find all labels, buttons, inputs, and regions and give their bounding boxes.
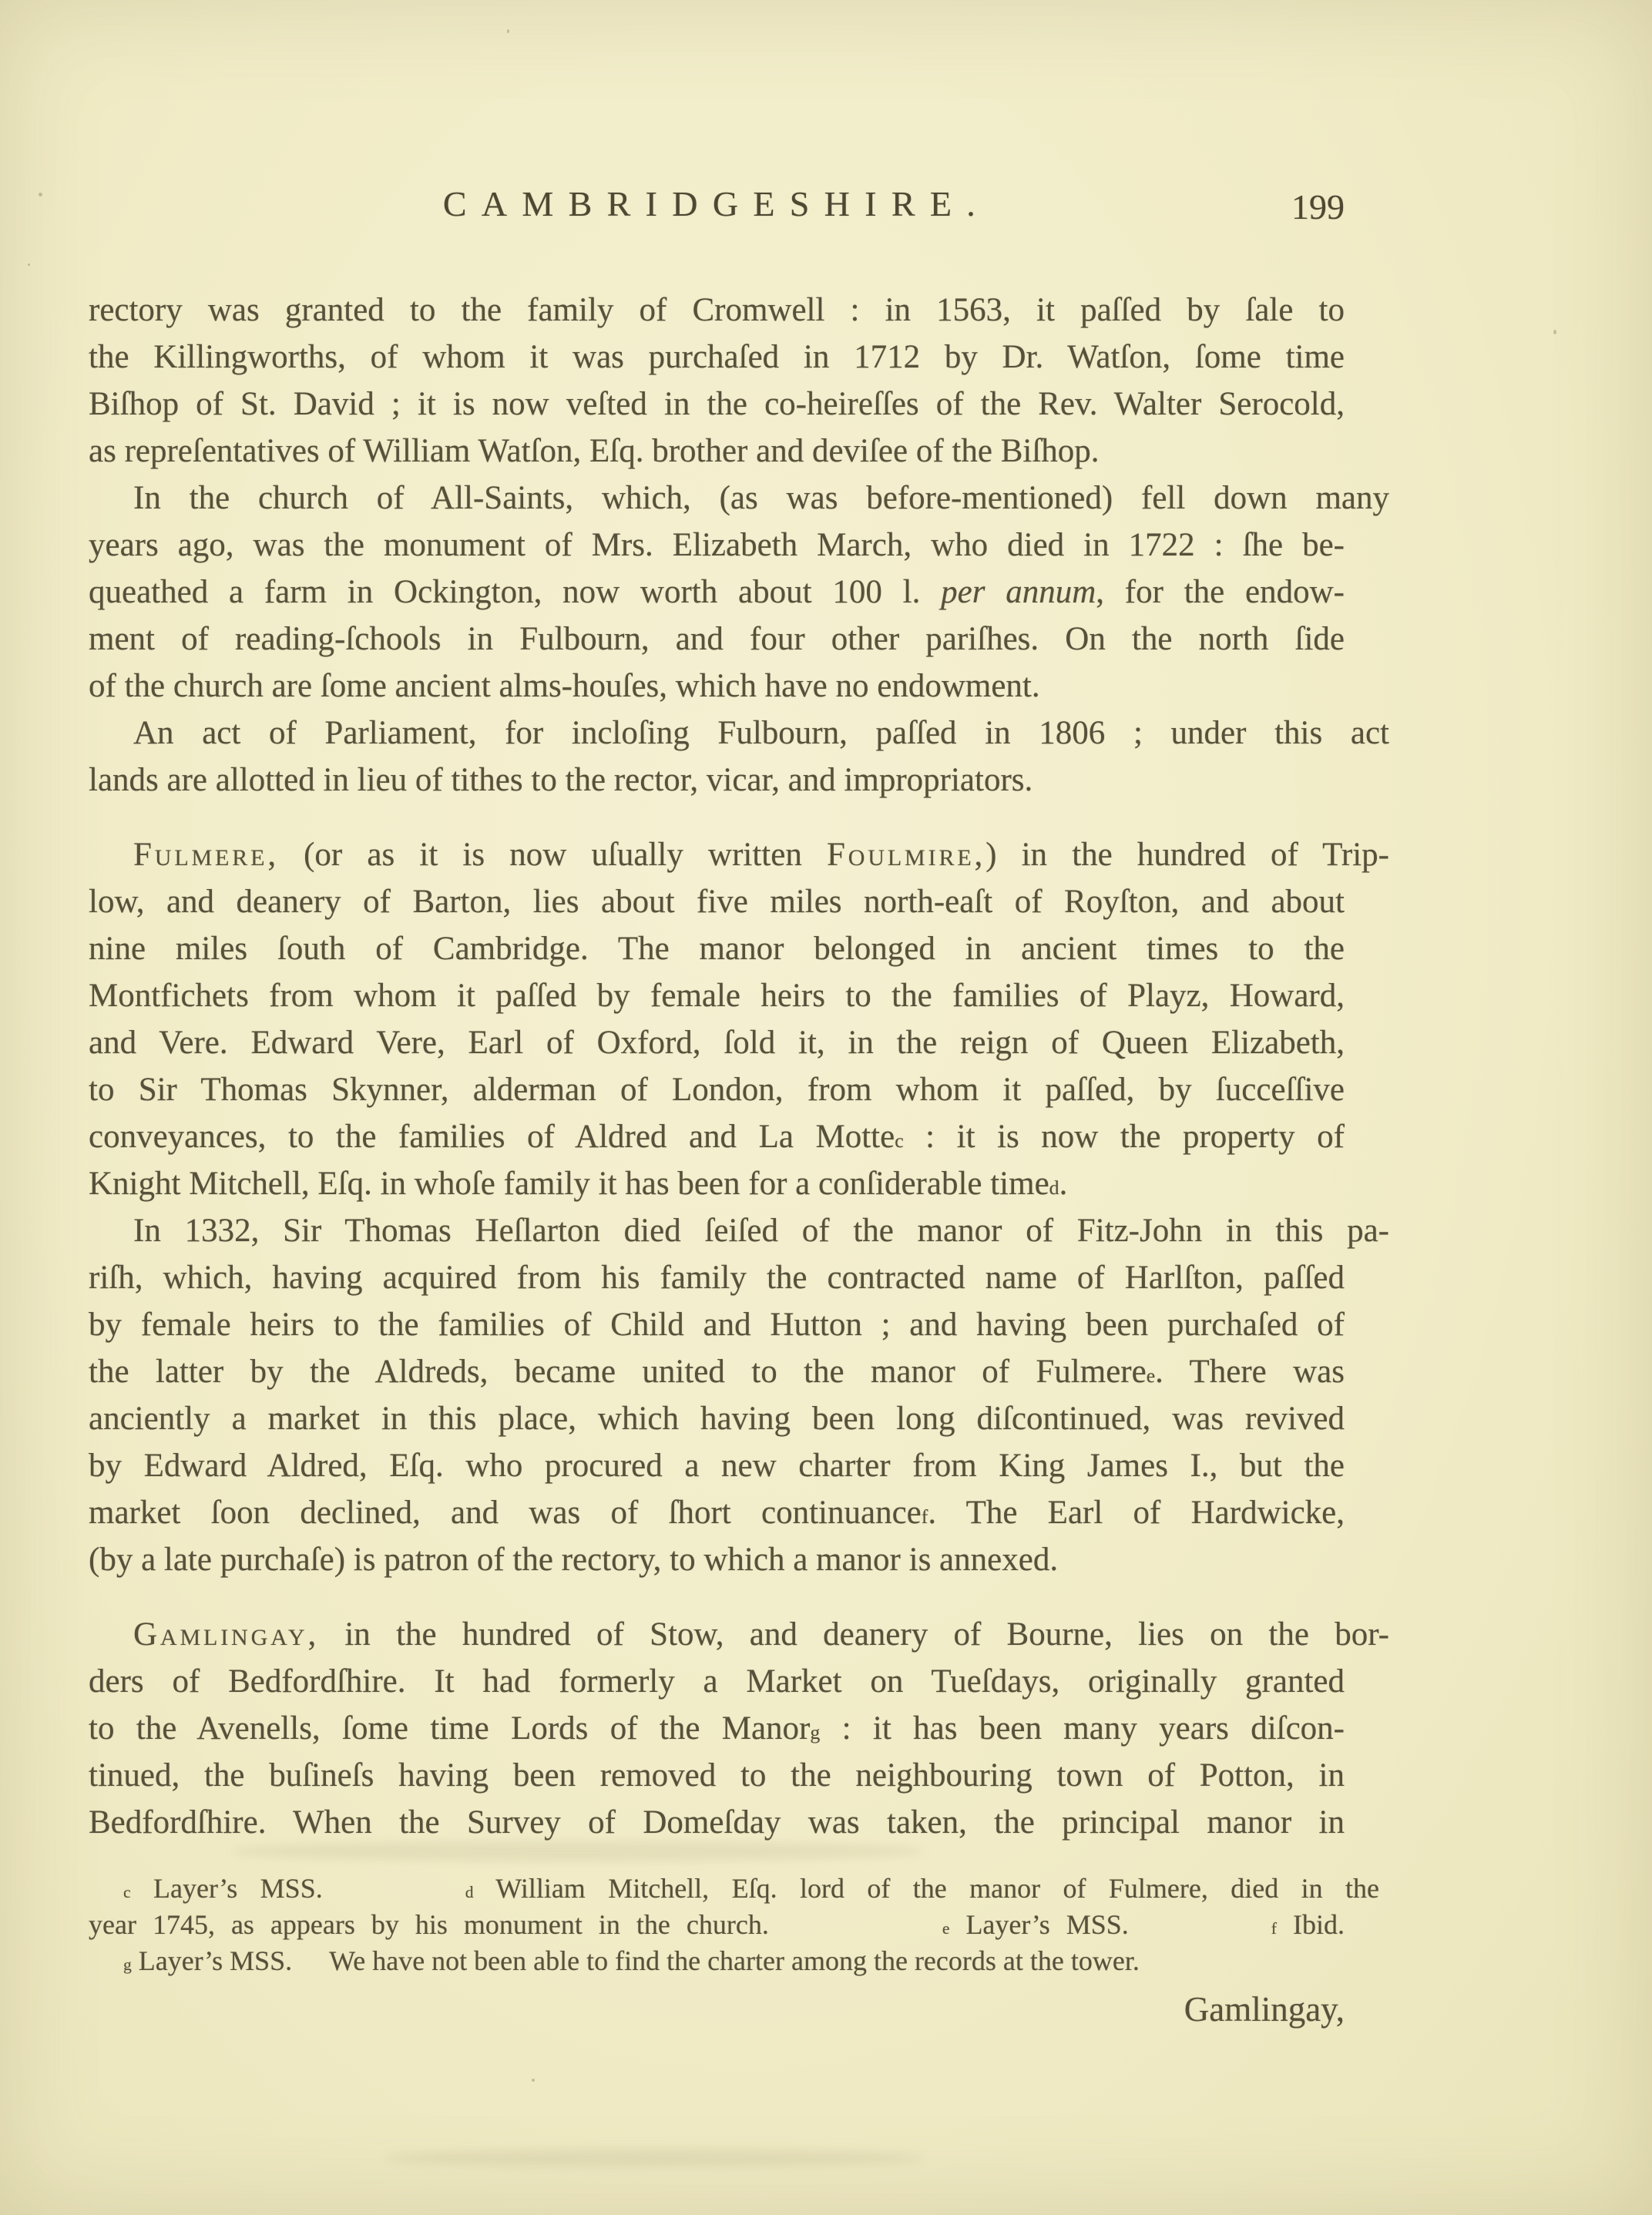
paper-smudge <box>231 1841 925 1861</box>
text-segment: low, and deanery of Barton, lies about f… <box>89 884 1345 920</box>
paper-speck <box>507 29 509 33</box>
text-line: and Vere. Edward Vere, Earl of Oxford, ſ… <box>89 1019 1345 1066</box>
text-line: as repreſentatives of William Watſon, Eſ… <box>89 428 1345 475</box>
footnotes: c Layer’s MSS.d William Mitchell, Eſq. l… <box>89 1871 1345 1979</box>
text-line: to Sir Thomas Skynner, alderman of Londo… <box>89 1066 1345 1113</box>
text-line: Bedfordſhire. When the Survey of Domeſda… <box>89 1799 1345 1846</box>
text-segment: Biſhop of St. David ; it is now veſted i… <box>89 386 1345 422</box>
text-line: anciently a market in this place, which … <box>89 1395 1345 1442</box>
body-text: rectory was granted to the family of Cro… <box>89 287 1345 1846</box>
text-line: the latter by the Aldreds, became united… <box>89 1348 1345 1395</box>
footnote-line: g Layer’s MSS.We have not been able to f… <box>89 1943 1345 1979</box>
text-line: tinued, the buſineſs having been removed… <box>89 1752 1345 1799</box>
text-segment: Layer’s MSS. <box>949 1909 1128 1940</box>
text-segment: We have not been able to find the charte… <box>329 1945 1140 1976</box>
paragraph: An act of Parliament, for incloſing Fulb… <box>89 710 1345 804</box>
text-line: to the Avenells, ſome time Lords of the … <box>89 1705 1345 1752</box>
text-segment: the latter by the Aldreds, became united… <box>89 1354 1147 1390</box>
text-segment: and Vere. Edward Vere, Earl of Oxford, ſ… <box>89 1025 1345 1061</box>
text-segment: . <box>1059 1166 1068 1202</box>
paper-speck <box>532 2079 535 2082</box>
text-line: Knight Mitchell, Eſq. in whoſe family it… <box>89 1160 1345 1207</box>
footnote-marker: d <box>1049 1176 1059 1199</box>
text-segment: In 1332, Sir Thomas Heſlarton died ſeiſe… <box>133 1213 1389 1249</box>
text-segment: ders of Bedfordſhire. It had formerly a … <box>89 1663 1345 1700</box>
text-segment: . The Earl of Hardwicke, <box>928 1495 1345 1531</box>
paragraph: In 1332, Sir Thomas Heſlarton died ſeiſe… <box>89 1207 1345 1583</box>
text-segment: lands are allotted in lieu of tithes to … <box>89 762 1032 798</box>
text-segment: : it has been many years diſcon- <box>820 1710 1345 1747</box>
paper-speck <box>39 193 42 196</box>
text-line: In 1332, Sir Thomas Heſlarton died ſeiſe… <box>89 1207 1345 1254</box>
text-segment: conveyances, to the families of Aldred a… <box>89 1119 895 1155</box>
text-segment: ment of reading-ſchools in Fulbourn, and… <box>89 621 1345 657</box>
text-segment: (by a late purchaſe) is patron of the re… <box>89 1542 1058 1578</box>
text-line: Gamlingay, in the hundred of Stow, and d… <box>89 1611 1345 1658</box>
text-line: low, and deanery of Barton, lies about f… <box>89 878 1345 925</box>
text-segment: by female heirs to the families of Child… <box>89 1307 1345 1343</box>
text-line: by female heirs to the families of Child… <box>89 1301 1345 1348</box>
text-line: ders of Bedfordſhire. It had formerly a … <box>89 1658 1345 1705</box>
text-line: by Edward Aldred, Eſq. who procured a ne… <box>89 1442 1345 1489</box>
text-line: conveyances, to the families of Aldred a… <box>89 1113 1345 1160</box>
text-segment: of the church are ſome ancient alms-houſ… <box>89 668 1040 704</box>
footnote-marker: c <box>895 1129 903 1152</box>
footnote-marker: e <box>1147 1364 1155 1387</box>
text-line: lands are allotted in lieu of tithes to … <box>89 757 1345 804</box>
text-line: queathed a farm in Ockington, now worth … <box>89 569 1345 616</box>
paragraph: In the church of All-Saints, which, (as … <box>89 475 1345 710</box>
text-line: market ſoon declined, and was of ſhort c… <box>89 1489 1345 1536</box>
text-segment: Ibid. <box>1277 1909 1345 1940</box>
text-segment: Layer’s MSS. <box>131 1873 323 1904</box>
text-line: (by a late purchaſe) is patron of the re… <box>89 1536 1345 1583</box>
text-segment: queathed a farm in Ockington, now worth … <box>89 574 941 610</box>
text-segment: market ſoon declined, and was of ſhort c… <box>89 1495 922 1531</box>
text-segment: as repreſentatives of William Watſon, Eſ… <box>89 433 1100 469</box>
italic-phrase: per annum <box>941 574 1096 610</box>
text-segment: Layer’s MSS. <box>132 1945 292 1976</box>
text-segment: Bedfordſhire. When the Survey of Domeſda… <box>89 1804 1345 1841</box>
footnote-marker: c <box>123 1883 131 1901</box>
text-segment: , for the endow- <box>1096 574 1345 610</box>
text-segment: In the church of All-Saints, which, (as … <box>133 480 1389 516</box>
text-segment: year 1745, as appears by his monument in… <box>89 1909 769 1940</box>
text-segment: ) in the hundred of Trip- <box>985 837 1389 873</box>
footnote-marker: d <box>465 1883 474 1901</box>
text-line: years ago, was the monument of Mrs. Eliz… <box>89 522 1345 569</box>
text-line: Biſhop of St. David ; it is now veſted i… <box>89 381 1345 428</box>
footnote-line: c Layer’s MSS.d William Mitchell, Eſq. l… <box>89 1871 1345 1907</box>
paragraph: Fulmere, (or as it is now uſually writte… <box>89 831 1345 1207</box>
text-segment: anciently a market in this place, which … <box>89 1401 1345 1437</box>
text-segment: An act of Parliament, for incloſing Fulb… <box>133 715 1389 751</box>
text-segment: : it is now the property of <box>904 1119 1345 1155</box>
text-segment: nine miles ſouth of Cambridge. The manor… <box>89 931 1345 967</box>
text-segment: Knight Mitchell, Eſq. in whoſe family it… <box>89 1166 1049 1202</box>
text-line: In the church of All-Saints, which, (as … <box>89 475 1345 522</box>
text-line: An act of Parliament, for incloſing Fulb… <box>89 710 1345 757</box>
footnote-marker: g <box>123 1955 132 1974</box>
text-line: nine miles ſouth of Cambridge. The manor… <box>89 925 1345 972</box>
paper-speck <box>1553 330 1556 334</box>
text-segment: Montfichets from whom it paſſed by femal… <box>89 978 1345 1014</box>
text-line: Fulmere, (or as it is now uſually writte… <box>89 831 1345 878</box>
footnote-marker: g <box>810 1721 820 1743</box>
text-segment: to Sir Thomas Skynner, alderman of Londo… <box>89 1072 1345 1108</box>
paper-smudge <box>385 2150 925 2166</box>
text-segment: rectory was granted to the family of Cro… <box>89 292 1345 328</box>
paper-speck <box>28 263 30 266</box>
footnote-marker: f <box>1271 1919 1277 1938</box>
scanned-book-page: CAMBRIDGESHIRE. 199 rectory was granted … <box>0 0 1652 2215</box>
page-number: 199 <box>1291 186 1345 227</box>
running-header: CAMBRIDGESHIRE. 199 <box>89 183 1345 231</box>
text-line: Montfichets from whom it paſſed by femal… <box>89 972 1345 1019</box>
text-segment: (or as it is now uſually written <box>279 837 827 873</box>
text-segment: in the hundred of Stow, and deanery of B… <box>319 1616 1389 1653</box>
text-line: riſh, which, having acquired from his fa… <box>89 1254 1345 1301</box>
text-segment: William Mitchell, Eſq. lord of the manor… <box>474 1873 1379 1904</box>
text-line: the Killingworths, of whom it was purcha… <box>89 334 1345 381</box>
small-caps-name: Fulmere, <box>133 837 279 873</box>
text-segment: years ago, was the monument of Mrs. Eliz… <box>89 527 1345 563</box>
paragraph: rectory was granted to the family of Cro… <box>89 287 1345 475</box>
paragraph: Gamlingay, in the hundred of Stow, and d… <box>89 1611 1345 1846</box>
footnote-line: year 1745, as appears by his monument in… <box>89 1907 1345 1943</box>
text-segment: tinued, the buſineſs having been removed… <box>89 1757 1345 1794</box>
text-line: rectory was granted to the family of Cro… <box>89 287 1345 334</box>
text-segment: the Killingworths, of whom it was purcha… <box>89 339 1345 375</box>
page-title: CAMBRIDGESHIRE. <box>89 183 1345 224</box>
small-caps-name: Gamlingay, <box>133 1616 319 1653</box>
small-caps-name: Foulmire, <box>827 837 985 873</box>
text-line: of the church are ſome ancient alms-houſ… <box>89 663 1345 710</box>
text-segment: to the Avenells, ſome time Lords of the … <box>89 1710 810 1747</box>
text-line: ment of reading-ſchools in Fulbourn, and… <box>89 616 1345 663</box>
catchword: Gamlingay, <box>89 1989 1345 2029</box>
text-segment: by Edward Aldred, Eſq. who procured a ne… <box>89 1448 1345 1484</box>
text-segment: . There was <box>1155 1354 1345 1390</box>
footnote-marker: e <box>942 1919 950 1938</box>
text-segment: riſh, which, having acquired from his fa… <box>89 1260 1345 1296</box>
